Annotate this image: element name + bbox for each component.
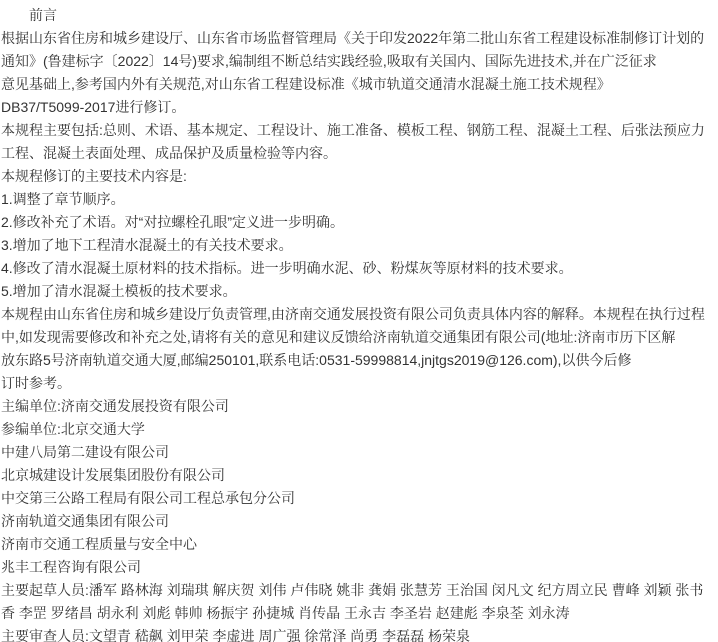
document-page: 前言 根据山东省住房和城乡建设厅、山东省市场监督管理局《关于印发2022年第二批… xyxy=(0,0,718,642)
text-line: 5.增加了清水混凝土模板的技术要求。 xyxy=(1,280,718,303)
text-line: 主编单位:济南交通发展投资有限公司 xyxy=(1,395,718,418)
text-line: 通知》(鲁建标字〔2022〕14号)要求,编制组不断总结实践经验,吸取有关国内、… xyxy=(1,50,718,73)
text-line: 中交第三公路工程局有限公司工程总承包分公司 xyxy=(1,487,718,510)
text-line: 中,如发现需要修改和补充之处,请将有关的意见和建议反馈给济南轨道交通集团有限公司… xyxy=(1,326,718,349)
text-line: 济南市交通工程质量与安全中心 xyxy=(1,533,718,556)
text-line: 香 李罡 罗绪昌 胡永利 刘彪 韩帅 杨振宇 孙捷城 肖传晶 王永吉 李圣岩 赵… xyxy=(1,602,718,625)
text-line: 1.调整了章节顺序。 xyxy=(1,188,718,211)
text-line: 意见基础上,参考国内外有关规范,对山东省工程建设标准《城市轨道交通清水混凝土施工… xyxy=(1,73,718,96)
text-line: 3.增加了地下工程清水混凝土的有关技术要求。 xyxy=(1,234,718,257)
text-line: 2.修改补充了术语。对“对拉螺栓孔眼”定义进一步明确。 xyxy=(1,211,718,234)
text-line: 中建八局第二建设有限公司 xyxy=(1,441,718,464)
text-line: 订时参考。 xyxy=(1,372,718,395)
text-line: 4.修改了清水混凝土原材料的技术指标。进一步明确水泥、砂、粉煤灰等原材料的技术要… xyxy=(1,257,718,280)
text-line: 主要起草人员:潘军 路林海 刘瑞琪 解庆贺 刘伟 卢伟晓 姚非 龚娟 张慧芳 王… xyxy=(1,579,718,602)
document-lines: 根据山东省住房和城乡建设厅、山东省市场监督管理局《关于印发2022年第二批山东省… xyxy=(1,27,718,642)
text-line: 根据山东省住房和城乡建设厅、山东省市场监督管理局《关于印发2022年第二批山东省… xyxy=(1,27,718,50)
text-line: 放东路5号济南轨道交通大厦,邮编250101,联系电话:0531-5999881… xyxy=(1,349,718,372)
page-title: 前言 xyxy=(29,4,718,27)
text-line: 北京城建设计发展集团股份有限公司 xyxy=(1,464,718,487)
text-line: 本规程修订的主要技术内容是: xyxy=(1,165,718,188)
text-line: 参编单位:北京交通大学 xyxy=(1,418,718,441)
text-line: DB37/T5099-2017进行修订。 xyxy=(1,96,718,119)
text-line: 济南轨道交通集团有限公司 xyxy=(1,510,718,533)
text-line: 主要审查人员:文望青 嵇飙 刘甲荣 李虚进 周广强 徐常泽 尚勇 李磊磊 杨荣泉 xyxy=(1,625,718,642)
text-line: 兆丰工程咨询有限公司 xyxy=(1,556,718,579)
text-line: 本规程由山东省住房和城乡建设厅负责管理,由济南交通发展投资有限公司负责具体内容的… xyxy=(1,303,718,326)
text-line: 工程、混凝土表面处理、成品保护及质量检验等内容。 xyxy=(1,142,718,165)
text-line: 本规程主要包括:总则、术语、基本规定、工程设计、施工准备、模板工程、钢筋工程、混… xyxy=(1,119,718,142)
